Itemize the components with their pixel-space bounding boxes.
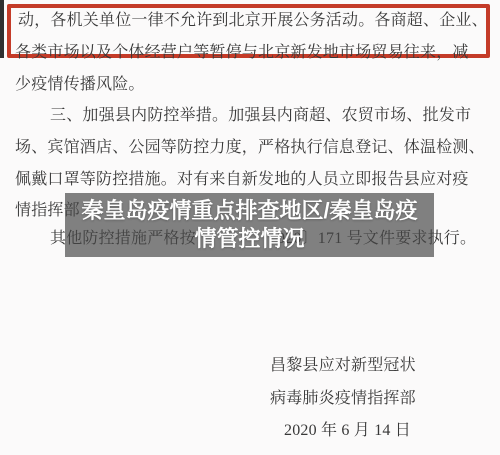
doc-line-2: 各类市场以及个体经营户等暂停与北京新发地市场贸易往来，减 [15, 43, 469, 63]
doc-line-5: 场、宾馆酒店、公园等防控力度，严格执行信息登记、体温检测、 [15, 138, 485, 158]
signature-org-line-2: 病毒肺炎疫情指挥部 [270, 389, 416, 409]
caption-line-1: 秦皇岛疫情重点排查地区/秦皇岛疫 [81, 197, 417, 225]
doc-line-1: 动，各机关单位一律不允许到北京开展公务活动。各商超、企业、 [18, 11, 488, 31]
left-edge-strip [0, 0, 4, 58]
signature-org-line-1: 昌黎县应对新型冠状 [270, 356, 416, 376]
document-page: 动，各机关单位一律不允许到北京开展公务活动。各商超、企业、 各类市场以及个体经营… [0, 0, 500, 455]
doc-line-4: 三、加强县内防控举措。加强县内商超、农贸市场、批发市 [50, 106, 471, 126]
caption-overlay: 秦皇岛疫情重点排查地区/秦皇岛疫 情管控情况 [65, 193, 434, 257]
doc-line-6: 佩戴口罩等防控措施。对有来自新发地的人员立即报告县应对疫 [15, 170, 469, 190]
signature-date: 2020 年 6 月 14 日 [284, 421, 411, 441]
caption-line-2: 情管控情况 [194, 225, 304, 253]
doc-line-3: 少疫情传播风险。 [15, 75, 145, 95]
